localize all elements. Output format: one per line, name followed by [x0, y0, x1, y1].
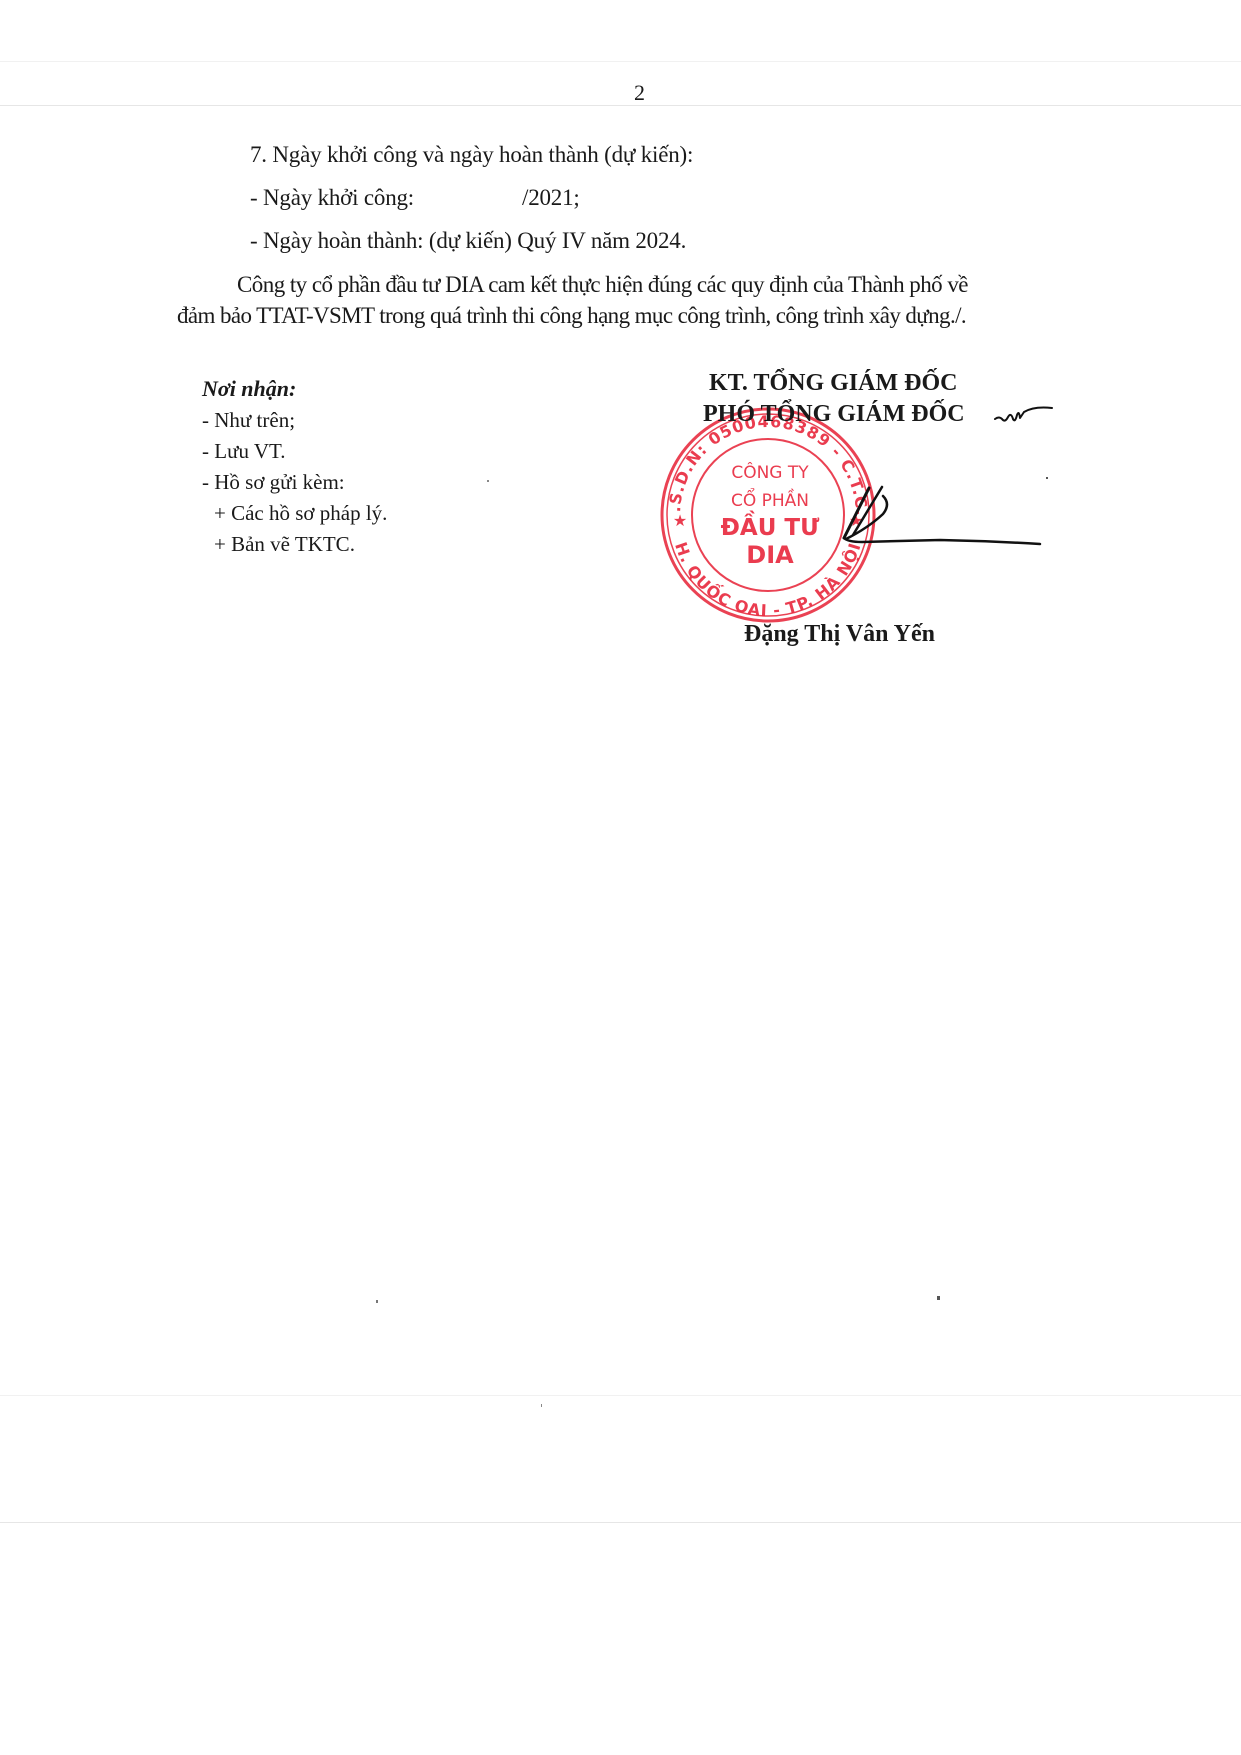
scan-speck: [376, 1300, 378, 1303]
handwritten-signature: [0, 0, 1241, 1755]
document-page: 2 7. Ngày khởi công và ngày hoàn thành (…: [0, 0, 1241, 1755]
scan-speck: [487, 480, 489, 482]
scan-speck: [1046, 477, 1048, 479]
signer-name: Đặng Thị Vân Yến: [744, 621, 935, 648]
scan-speck: [541, 1404, 542, 1407]
scan-speck: [937, 1296, 940, 1300]
